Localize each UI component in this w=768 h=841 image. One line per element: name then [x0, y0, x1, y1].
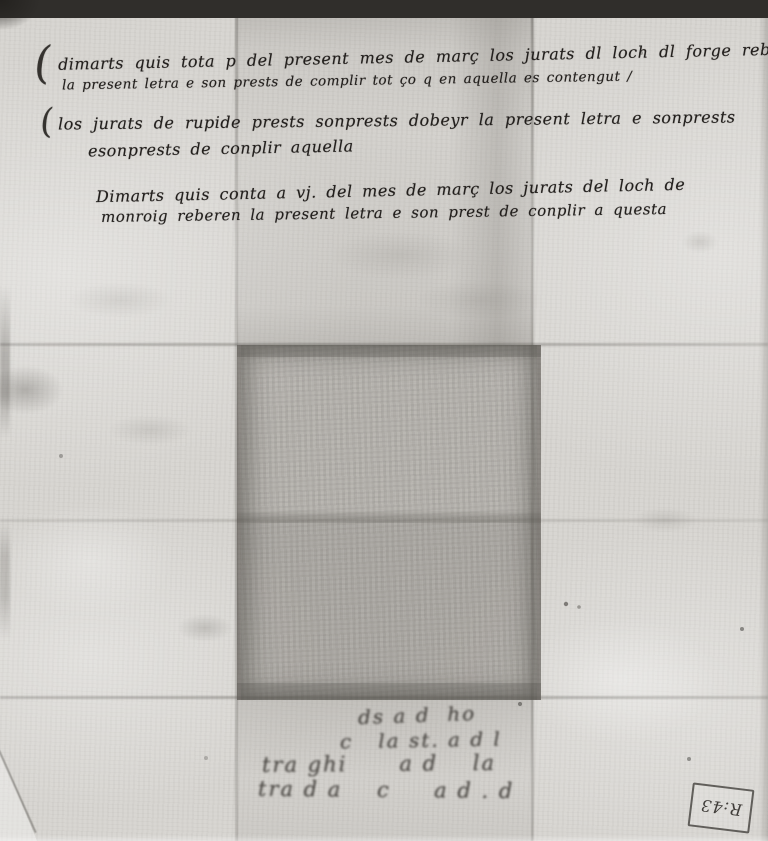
verso-bleedthrough-line-4: tra d a c a d . d [258, 777, 514, 803]
left-edge-smudges [0, 0, 10, 841]
verso-bleedthrough-line-1: ds a d ho [358, 701, 477, 729]
annotation-1-bracket: ( [32, 37, 53, 89]
top-left-corner-shadow [0, 0, 52, 40]
registry-mark-box: R:43 [688, 782, 755, 833]
ink-specks [0, 0, 2, 2]
verso-bleedthrough-line-2: c la st. a d l [340, 727, 502, 754]
registry-mark-label: R:43 [699, 796, 743, 820]
scan-top-edge [0, 0, 768, 18]
right-edge-shading [759, 0, 768, 841]
exposed-outer-panel-stain [237, 345, 541, 700]
manuscript-scan: ( dimarts quis tota p del present mes de… [0, 0, 768, 841]
verso-bleedthrough-line-3: tra ghi a d la [262, 751, 496, 777]
bottom-edge-highlight [0, 835, 768, 841]
